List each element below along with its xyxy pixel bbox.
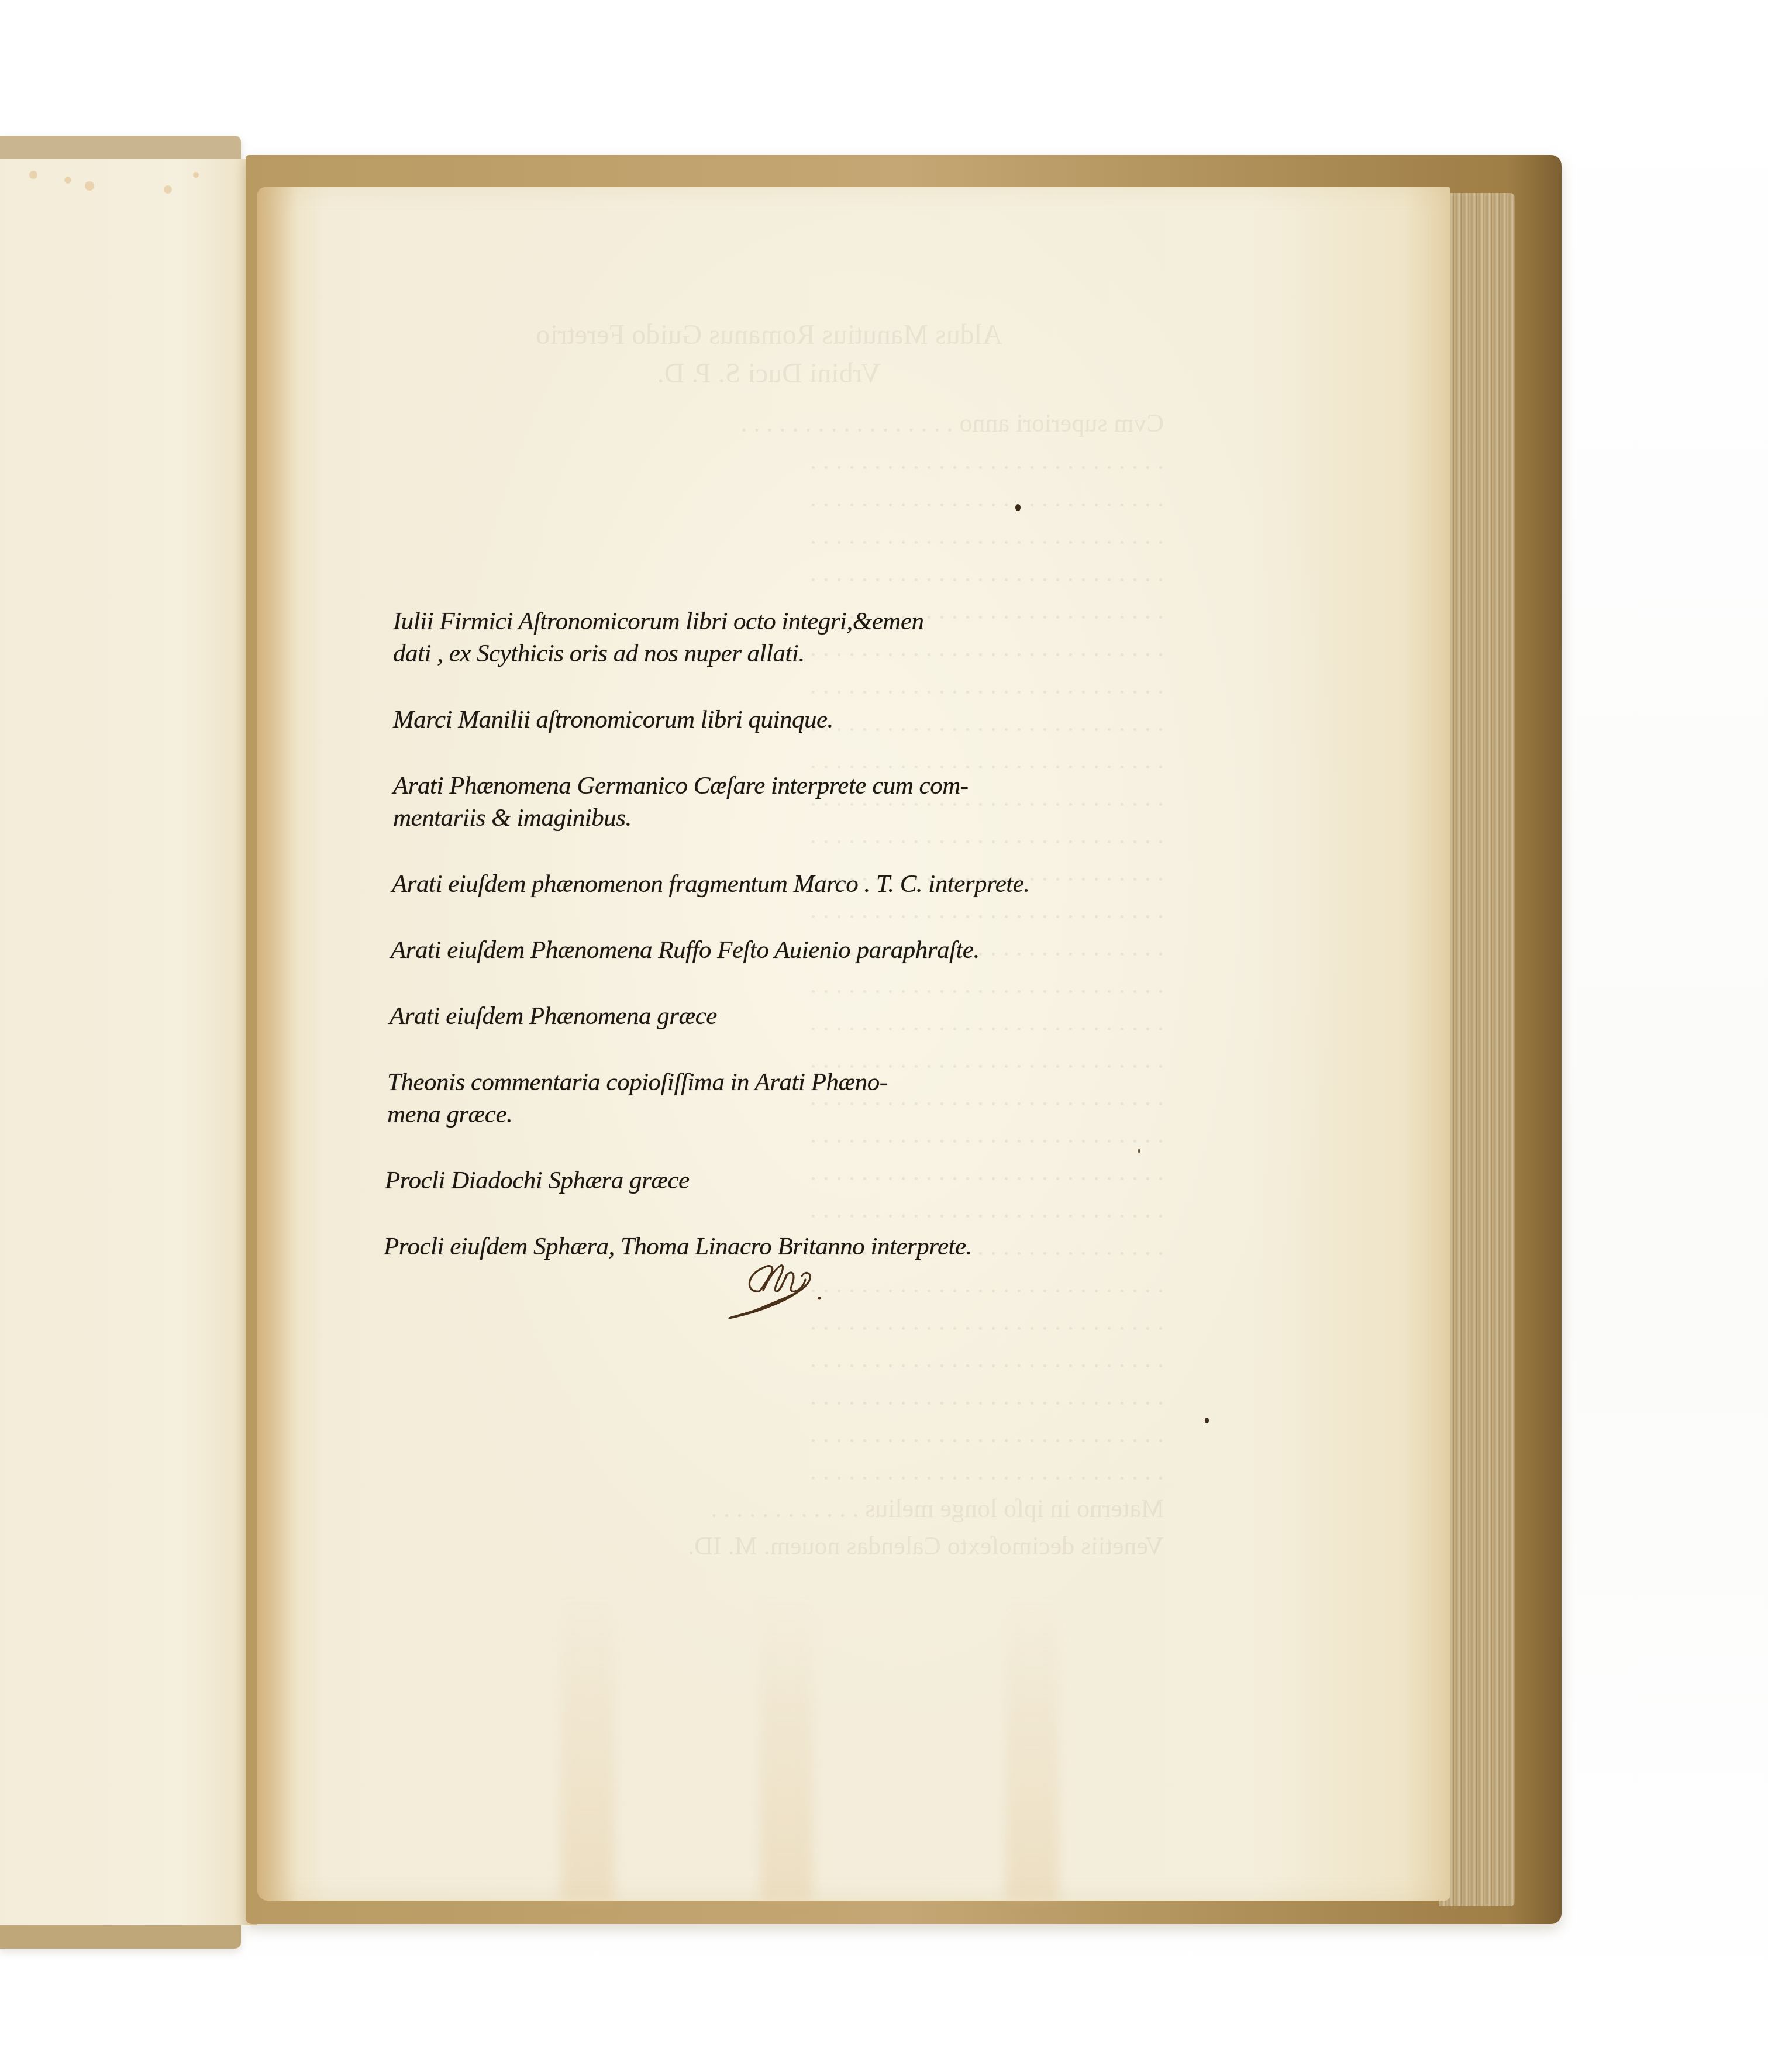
foxing-spot: [64, 177, 71, 184]
show-through-heading-line: Aldus Manutius Romanus Guido Feretrio: [374, 316, 1164, 354]
ink-dot: [818, 1297, 821, 1300]
show-through-line: . . . . . . . . . . . . . . . . . . . . …: [374, 1453, 1164, 1490]
entry-line: Procli Diadochi Sphæra græce: [413, 1164, 1153, 1197]
ink-speck: [1205, 1418, 1209, 1423]
show-through-line: . . . . . . . . . . . . . . . . . . . . …: [374, 1415, 1164, 1453]
entry-line: mena græce.: [415, 1098, 1153, 1130]
photo-scene: Aldus Manutius Romanus Guido Feretrio Vr…: [0, 0, 1768, 2072]
show-through-line: Cvm superiori anno . . . . . . . . . . .…: [374, 405, 1164, 442]
entry-line: Theonis commentaria copioſiſſima in Arat…: [415, 1066, 1153, 1098]
show-through-line: . . . . . . . . . . . . . . . . . . . . …: [374, 1340, 1164, 1378]
show-through-line: . . . . . . . . . . . . . . . . . . . . …: [374, 480, 1164, 517]
contents-entry-proclus-greek: Procli Diadochi Sphæra græce: [385, 1164, 1153, 1197]
show-through-line: Materno in ipſo longe melius . . . . . .…: [374, 1490, 1164, 1528]
entry-line: Arati Phænomena Germanico Cæſare interpr…: [421, 770, 1153, 802]
water-stain: [760, 1597, 813, 1901]
gutter-shadow: [257, 187, 298, 1901]
foxing-spot: [164, 185, 172, 194]
entry-line: Arati eiuſdem Phænomena Ruffo Feſto Auie…: [419, 934, 1153, 966]
contents-entry-manilius: Marci Manilii aſtronomicorum libri quinq…: [393, 704, 1153, 736]
entry-line: dati , ex Scythicis oris ad nos nuper al…: [421, 637, 1153, 670]
show-through-heading-line: Vrbini Duci S. P. D.: [374, 354, 1164, 393]
entry-line: Iulii Firmici Aſtronomicorum libri octo …: [421, 605, 1153, 637]
water-stain: [561, 1597, 614, 1901]
contents-list: Iulii Firmici Aſtronomicorum libri octo …: [393, 605, 1153, 1297]
entry-line: Marci Manilii aſtronomicorum libri quinq…: [421, 704, 1153, 736]
show-through-line: . . . . . . . . . . . . . . . . . . . . …: [374, 554, 1164, 592]
foxing-spot: [29, 171, 37, 179]
entry-line: mentariis & imaginibus.: [421, 802, 1153, 834]
left-flyleaf: [0, 159, 257, 1925]
show-through-line: Venetiis decimoſexto Calendas nouem. M. …: [374, 1528, 1164, 1565]
contents-entry-theon-commentary: Theonis commentaria copioſiſſima in Arat…: [387, 1066, 1153, 1130]
contents-entry-aratus-avienus: Arati eiuſdem Phænomena Ruffo Feſto Auie…: [391, 934, 1153, 966]
ink-speck: [1015, 504, 1021, 511]
ink-speck: [1138, 1149, 1140, 1153]
foxing-spot: [85, 181, 94, 191]
contents-entry-aratus-greek: Arati eiuſdem Phænomena græce: [390, 1000, 1153, 1032]
entry-line: Arati eiuſdem Phænomena græce: [418, 1000, 1153, 1032]
foxing-spot: [193, 172, 199, 178]
show-through-line: . . . . . . . . . . . . . . . . . . . . …: [374, 1378, 1164, 1415]
contents-entry-aratus-germanicus: Arati Phænomena Germanico Cæſare interpr…: [393, 770, 1153, 834]
show-through-line: . . . . . . . . . . . . . . . . . . . . …: [374, 517, 1164, 554]
show-through-line: . . . . . . . . . . . . . . . . . . . . …: [374, 442, 1164, 480]
contents-entry-aratus-cicero-fragment: Arati eiuſdem phænomenon fragmentum Marc…: [392, 868, 1153, 900]
signature-flourish-icon: [722, 1257, 839, 1322]
entry-line: Arati eiuſdem phænomenon fragmentum Marc…: [420, 868, 1153, 900]
contents-entry-firmicus: Iulii Firmici Aſtronomicorum libri octo …: [393, 605, 1153, 670]
water-stain: [1006, 1597, 1059, 1901]
show-through-heading: Aldus Manutius Romanus Guido Feretrio Vr…: [374, 316, 1164, 393]
